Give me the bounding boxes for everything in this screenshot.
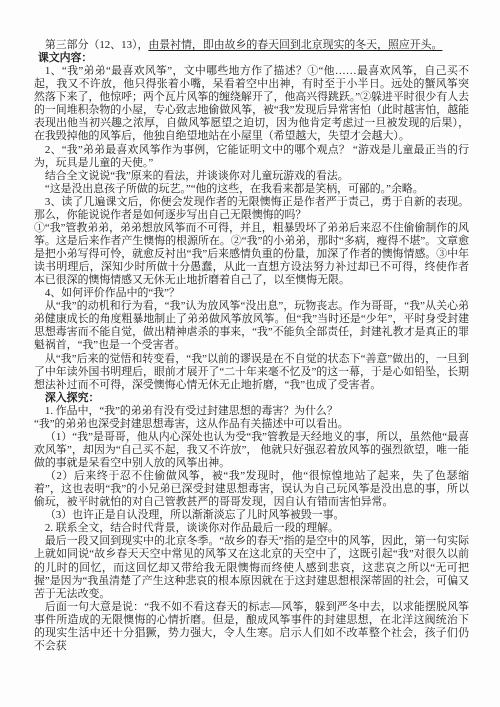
heading-deep-exploration: 深入探究： <box>34 392 469 405</box>
part3-underlined-phrase: 由景衬情，即由故乡的春天回到北京现实的冬天，照应开头。 <box>148 39 442 51</box>
question-1: 1、“我”弟弟“最喜欢风筝”，文中哪些地方作了描述？①“他……最喜欢风筝，自己买… <box>34 65 469 143</box>
question-2-followup: 结合全文说说“我”原来的看法，并谈谈你对儿童玩游戏的看法。 <box>34 170 469 183</box>
question-2: 2、“我”弟弟最喜欢风筝作为事例，它能证明文中的哪个观点？ “游戏是儿童最正当的… <box>34 144 469 170</box>
explore-question-2: 2. 联系全文，结合时代背景，谈谈你对作品最后一段的理解。 <box>34 522 469 535</box>
explore-answer-1-point-3: （3）也许正是自认没理，所以渐渐淡忘了儿时风筝被毁一事。 <box>34 509 469 522</box>
question-4-answer-awakening: 从“我”后来的觉悟和转变看，“我”以前的谬误是在不自觉的状态下“善意”做出的，一… <box>34 353 469 392</box>
explore-answer-1-intro: “我”的弟弟也深受封建思想毒害，这从作品有关描述中可以看出。 <box>34 418 469 431</box>
explore-answer-1-point-2: （2）后来终于忍不住偷做风筝，被“我”发现时，他“很惊惶地站了起来，失了色瑟缩着… <box>34 470 469 509</box>
explore-question-1: 1. 作品中，“我”的弟弟有没有受过封建思想的毒害？为什么？ <box>34 405 469 418</box>
part3-prefix: 第三部分（12、13）， <box>45 39 148 51</box>
question-3: 3、读了几遍课文后，你便会发现作者的无限懊悔正是作者严于责己，勇于自新的表现。那… <box>34 196 469 222</box>
part3-summary-line: 第三部分（12、13），由景衬情，即由故乡的春天回到北京现实的冬天，照应开头。 <box>34 39 469 52</box>
heading-lesson-content: 课文内容： <box>34 52 469 65</box>
question-2-quote-answer: “这是没出息孩子所做的玩艺。”“他的这些，在我看来都是笑柄，可鄙的。”余略。 <box>34 183 469 196</box>
question-3-answer: ①“我”管教弟弟，弟弟想放风筝而不可得，并且，粗暴毁坏了弟弟后来忍不住偷偷制作的… <box>34 222 469 287</box>
question-4: 4、如何评价作品中的“我”？ <box>34 287 469 300</box>
explore-answer-1-point-1: （1）“我”是哥哥，他从内心深处也认为受“我”管教是天经地义的事，所以，虽然他“… <box>34 431 469 470</box>
question-4-answer-motive: 从“我”的动机和行为看，“我”认为放风筝“没出息”，玩物丧志。作为哥哥，“我”从… <box>34 300 469 352</box>
explore-answer-2-part-2: 后面一句大意是说：“我不如不看这春天的标志—风筝，躲到严冬中去，以求能摆脱风筝事… <box>34 601 469 653</box>
document-page: 第三部分（12、13），由景衬情，即由故乡的春天回到北京现实的冬天，照应开头。 … <box>0 0 500 707</box>
explore-answer-2-part-1: 最后一段又回到现实中的北京冬季。“故乡的春天”指的是空中的风筝，因此，第一句实际… <box>34 535 469 600</box>
